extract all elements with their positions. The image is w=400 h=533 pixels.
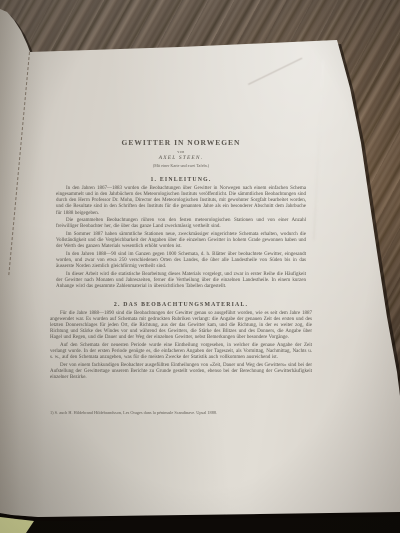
page-crease <box>248 58 302 85</box>
section-1-heading: 1. EINLEITUNG. <box>56 177 306 183</box>
section-2-paragraph: Auf den Schemata der neuesten Periode wu… <box>50 343 312 361</box>
section-1-paragraph: In den Jahren 1867—1883 wurden die Beoba… <box>56 186 306 217</box>
article-title: GEWITTER IN NORWEGEN <box>56 138 306 147</box>
subtitle-note: (Mit einer Karte und zwei Tafeln.) <box>56 163 306 168</box>
section-1-paragraph: Die gesammelten Beobachtungen rühren von… <box>56 218 306 230</box>
section-2-paragraph: Für die Jahre 1888—1890 sind die Beobach… <box>50 311 312 342</box>
section-1-paragraph: In dieser Arbeit wird die statistische B… <box>56 272 306 290</box>
footnote: 1) S. auch H. Hildebrand Hildebrandsson,… <box>50 410 310 415</box>
page-text-column: GEWITTER IN NORWEGEN von AXEL STEEN. (Mi… <box>56 138 306 415</box>
page-crease-vertical <box>313 60 323 240</box>
author-name: AXEL STEEN. <box>56 155 306 161</box>
section-2-paragraph: Der von einem fachkundigen Beobachter au… <box>50 363 312 381</box>
section-1-paragraph: Im Sommer 1887 haben sämmtliche Statione… <box>56 232 306 250</box>
section-2-heading: 2. DAS BEOBACHTUNGSMATERIAL. <box>56 302 306 308</box>
book-page: GEWITTER IN NORWEGEN von AXEL STEEN. (Mi… <box>0 0 400 533</box>
section-1-paragraph: In den Jahren 1888—90 sind im Ganzen geg… <box>56 252 306 270</box>
photo-of-open-booklet-on-table: GEWITTER IN NORWEGEN von AXEL STEEN. (Mi… <box>0 0 400 533</box>
byline-von: von <box>56 150 306 154</box>
